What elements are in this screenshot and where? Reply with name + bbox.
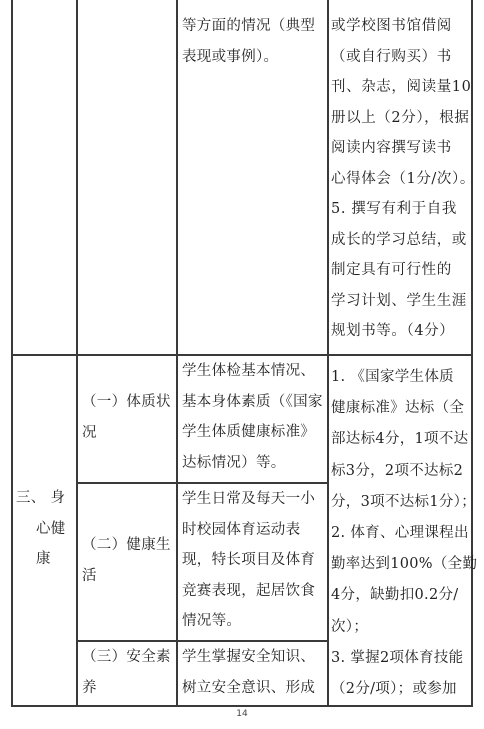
text-line: 时校园体育运动表 — [182, 515, 324, 546]
text-line: 竞赛表现，起居饮食 — [182, 576, 324, 607]
text-line: 表现或事例）。 — [182, 42, 324, 73]
column-divider-3 — [327, 0, 329, 706]
table-border-right — [471, 0, 473, 706]
text-line: 学生日常及每天一小 — [182, 484, 324, 515]
text-line: （2分/项）；或参加 — [331, 674, 471, 705]
text-line: 达标情况）等。 — [182, 448, 324, 479]
text-line: 3. 掌握2项体育技能 — [331, 643, 471, 674]
column-divider-1 — [76, 0, 78, 706]
category-line: 康 — [16, 544, 74, 575]
table-border-left — [11, 0, 13, 706]
text-line: 学生掌握安全知识、 — [182, 642, 324, 673]
section-three-scoring-cell: 1. 《国家学生体质 健康标准》达标（全 部达标4分，1项不达 标3分，2项不达… — [331, 362, 471, 705]
category-line: 三、 身 — [16, 483, 74, 514]
text-line: 养 — [82, 673, 176, 704]
text-line: 制定具有可行性的 — [331, 255, 471, 286]
category-cell-physical-mental-health: 三、 身 心健 康 — [16, 483, 74, 575]
text-line: 情况等。 — [182, 606, 324, 637]
text-line: 学习计划、学生生涯 — [331, 286, 471, 317]
text-line: （三）安全素 — [82, 642, 176, 673]
subsection-title-physique: （一）体质状 况 — [82, 387, 176, 448]
text-line: 健康标准》达标（全 — [331, 393, 471, 424]
text-line: （或自行购买）书 — [331, 42, 471, 73]
text-line: 或学校图书馆借阅 — [331, 11, 471, 42]
text-line: 等方面的情况（典型 — [182, 11, 324, 42]
subsection-title-healthy-living: （二）健康生 活 — [82, 530, 176, 591]
category-line: 心健 — [16, 514, 74, 545]
text-line: 阅读内容撰写读书 — [331, 133, 471, 164]
text-line: 2. 体育、心理课程出 — [331, 518, 471, 549]
subsection-content-safety-literacy: 学生掌握安全知识、 树立安全意识、形成 — [182, 642, 324, 703]
text-line: 勤率达到100%（全勤 — [331, 549, 471, 580]
text-line: 5. 撰写有利于自我 — [331, 194, 471, 225]
text-line: 成长的学习总结，或 — [331, 225, 471, 256]
text-line: 基本身体素质（《国家 — [182, 387, 324, 418]
text-line: 分，3项不达标1分）； — [331, 487, 471, 518]
text-line: 规划书等。（4分） — [331, 316, 471, 347]
continued-content-cell: 等方面的情况（典型 表现或事例）。 — [182, 11, 324, 72]
text-line: 标3分，2项不达标2 — [331, 456, 471, 487]
subsection-title-safety-literacy: （三）安全素 养 — [82, 642, 176, 703]
text-line: 册以上（2分），根据 — [331, 103, 471, 134]
text-line: 次）； — [331, 612, 471, 643]
text-line: 部达标4分，1项不达 — [331, 424, 471, 455]
column-divider-2 — [176, 0, 178, 706]
text-line: 心得体会（1分/次）。 — [331, 164, 471, 195]
subsection-content-physique: 学生体检基本情况、 基本身体素质（《国家 学生体质健康标准》 达标情况）等。 — [182, 356, 324, 478]
text-line: 现，特长项目及体育 — [182, 545, 324, 576]
text-line: 学生体质健康标准》 — [182, 417, 324, 448]
text-line: 1. 《国家学生体质 — [331, 362, 471, 393]
text-line: 学生体检基本情况、 — [182, 356, 324, 387]
text-line: 4分，缺勤扣0.2分/ — [331, 580, 471, 611]
page-number: 14 — [0, 709, 484, 719]
continued-scoring-cell: 或学校图书馆借阅 （或自行购买）书 刊、杂志，阅读量10 册以上（2分），根据 … — [331, 11, 471, 347]
text-line: 刊、杂志，阅读量10 — [331, 72, 471, 103]
text-line: （二）健康生 — [82, 530, 176, 561]
text-line: 树立安全意识、形成 — [182, 673, 324, 704]
subsection-content-healthy-living: 学生日常及每天一小 时校园体育运动表 现，特长项目及体育 竞赛表现，起居饮食 情… — [182, 484, 324, 637]
text-line: 活 — [82, 561, 176, 592]
text-line: （一）体质状 — [82, 387, 176, 418]
text-line: 况 — [82, 418, 176, 449]
